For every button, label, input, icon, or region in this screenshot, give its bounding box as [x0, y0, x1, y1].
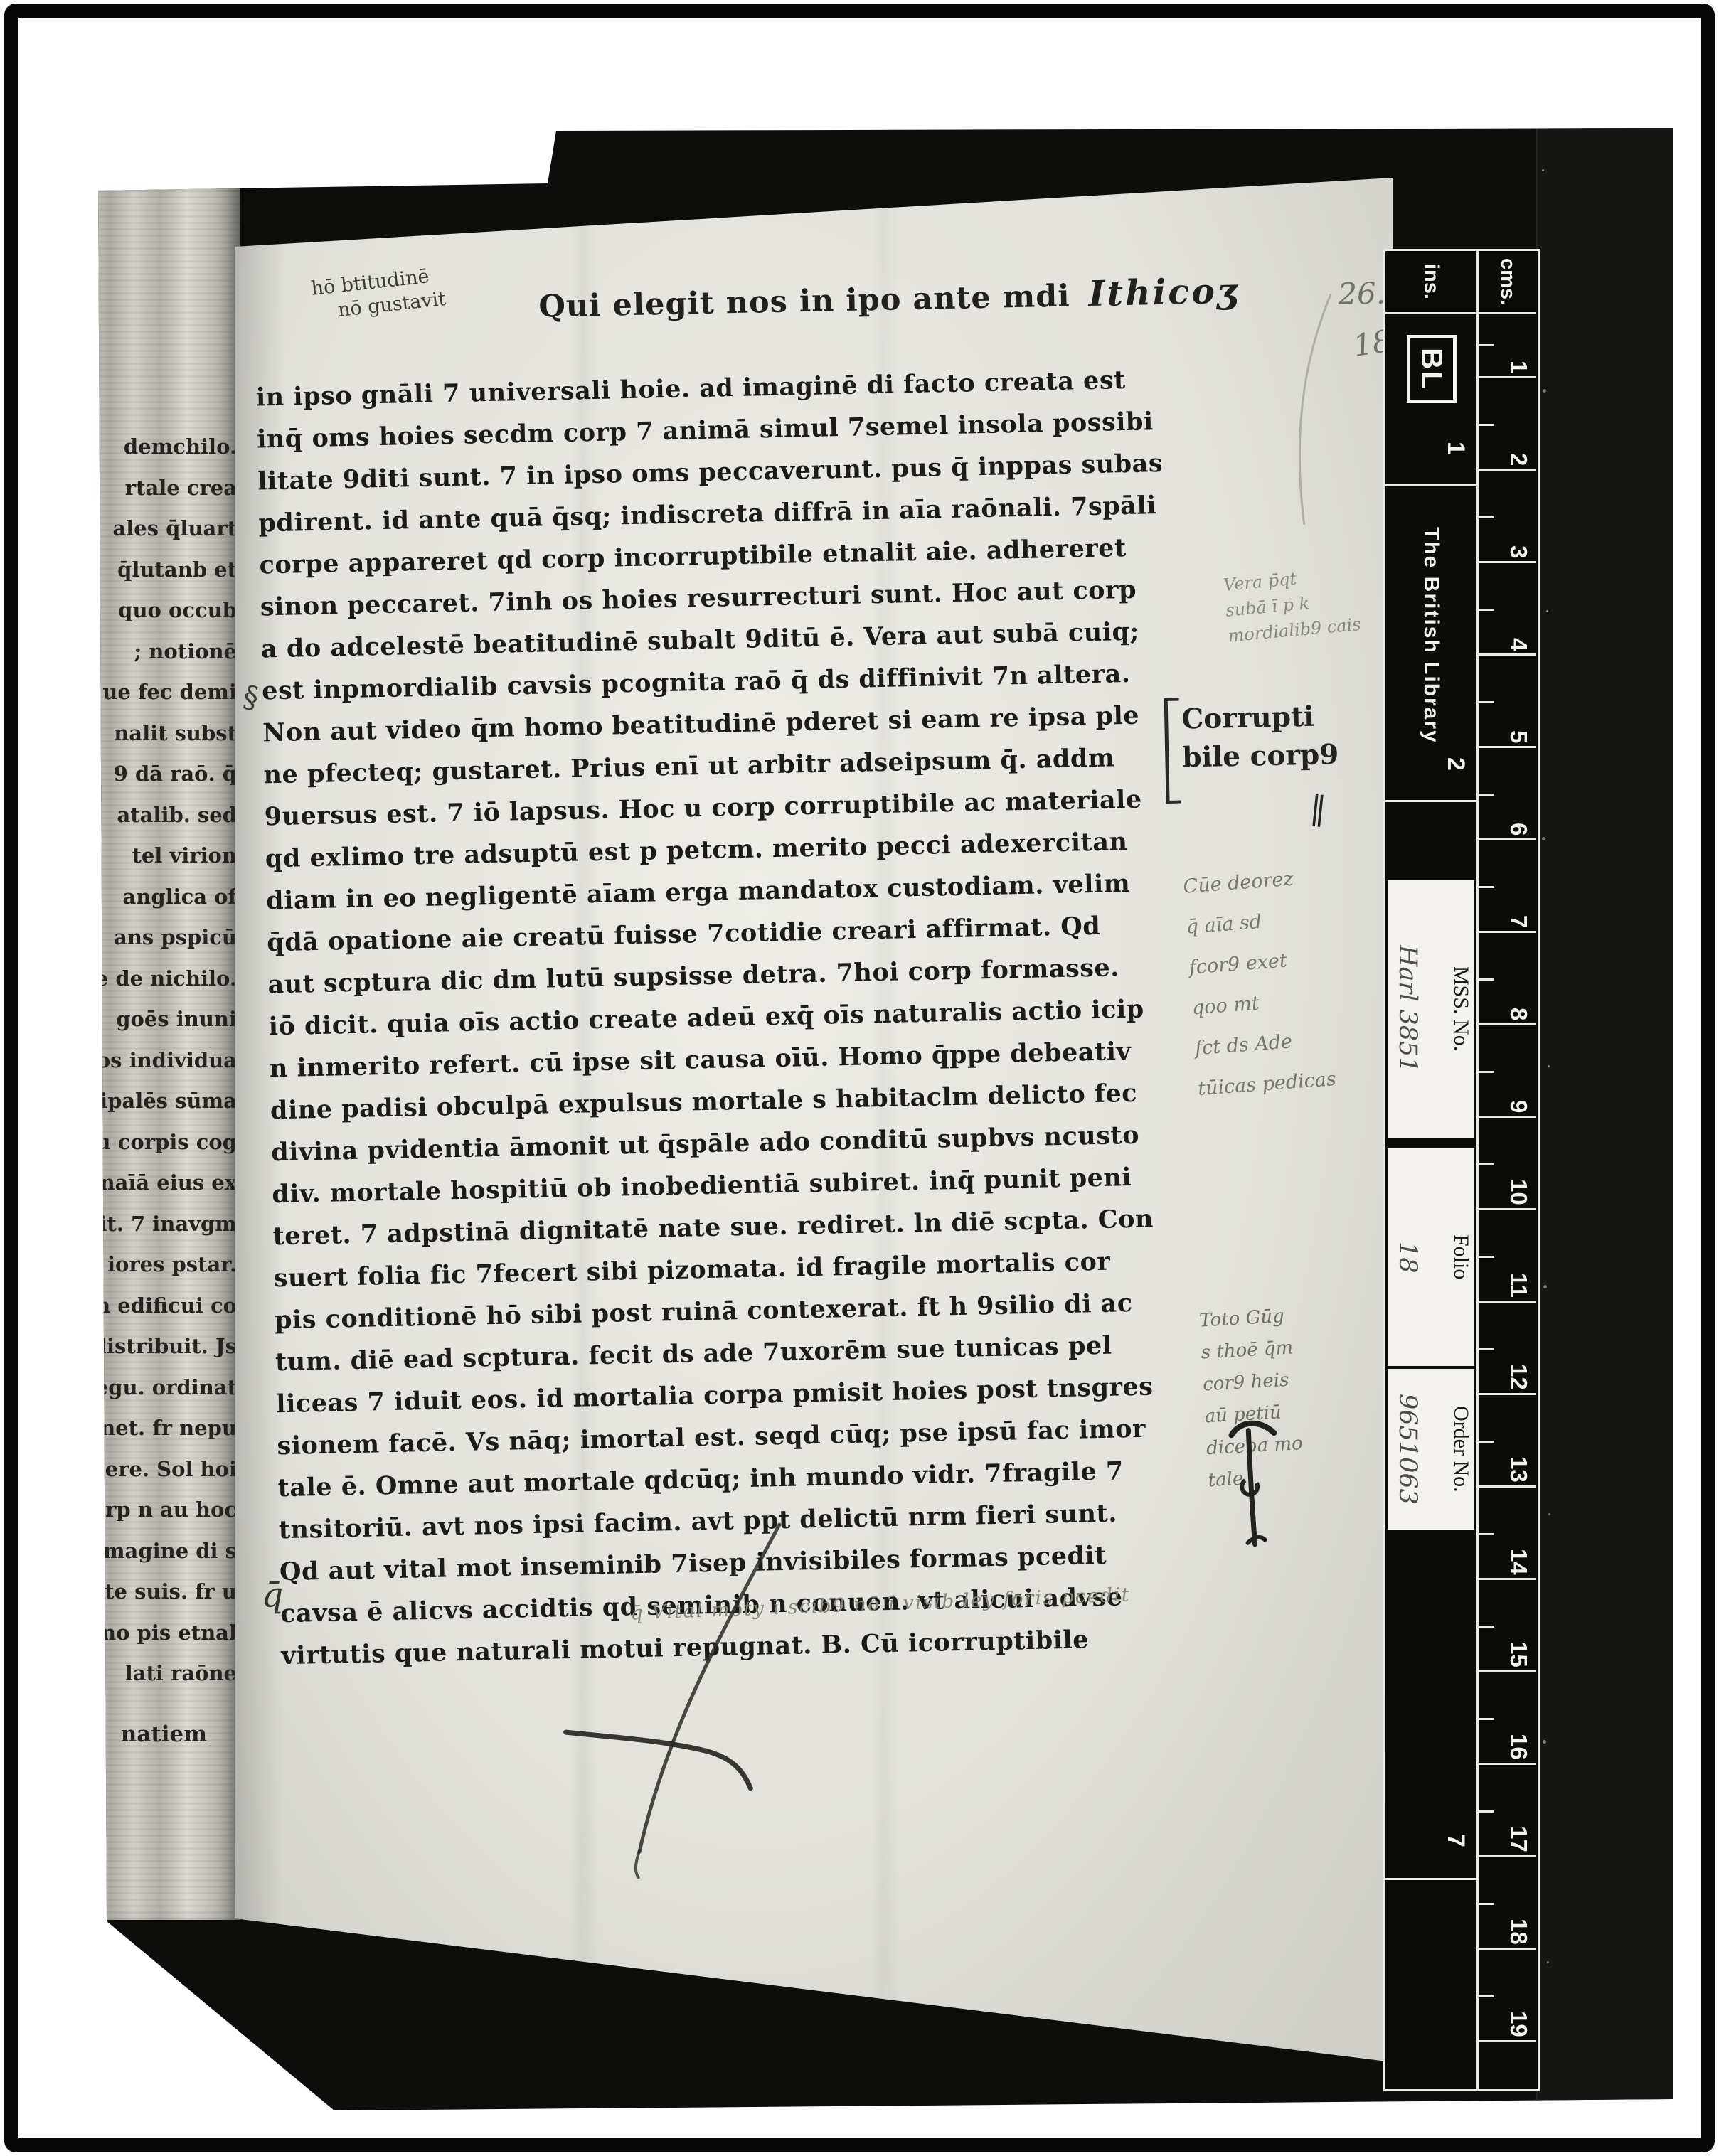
gutter-text-fragment: demchilo.: [73, 427, 237, 468]
centimetre-cell: 8: [1479, 933, 1536, 1025]
gutter-text-fragment: iu corpis cog: [73, 1122, 237, 1163]
gutter-text-fragment: iores pstar.: [73, 1244, 237, 1286]
centimetre-cell: 3: [1479, 471, 1536, 563]
gutter-text-fragment: nalit subst: [73, 713, 237, 754]
centimetre-cell: 13: [1479, 1395, 1536, 1488]
gutter-text-fragment: q̄lutanb et: [73, 550, 237, 591]
gutter-text-fragment: lere. Sol hoi: [73, 1449, 237, 1490]
manuscript-photograph: demchilo.rtale creaales q̄luartq̄lutanb …: [71, 127, 1673, 2112]
catalogue-field-value: Harl 3851: [1393, 880, 1422, 1138]
bl-ruler-card: ins. cms. BL The British Library 127 1: [1383, 249, 1540, 2091]
gutter-text-fragment: ; notionē: [73, 631, 237, 673]
centimetre-cell: 12: [1479, 1303, 1536, 1395]
centimetre-cell: 19: [1479, 1950, 1536, 2042]
centimetre-cell: 18: [1479, 1857, 1536, 1950]
gutter-text-fragment: e de nichilo.: [73, 959, 237, 1000]
catalogue-field-box: Folio 18: [1388, 1148, 1474, 1366]
centimetre-number: 3: [1505, 545, 1532, 558]
centimetre-number: 8: [1505, 1008, 1532, 1020]
gutter-text-fragment: n edificui co: [73, 1286, 237, 1327]
margin-q-mark: q̄: [261, 1575, 284, 1616]
centimetre-number: 16: [1505, 1734, 1532, 1760]
pen-trial-flourish: [558, 1520, 799, 1881]
margin-note-line: Toto Gūg: [1198, 1300, 1297, 1337]
centimetre-cell: 2: [1479, 378, 1536, 471]
centimetre-cell: 5: [1479, 656, 1536, 748]
centimetre-cell: 17: [1479, 1765, 1536, 1857]
running-title-text: Qui elegit nos in ipo ante mdi: [538, 279, 1070, 325]
gutter-text-fragment: lati raōne: [73, 1653, 237, 1695]
gutter-text-fragment: natiem: [73, 1714, 237, 1756]
pencil-foliation-top: 26.: [1338, 276, 1386, 311]
gutter-text-fragment: atalib. sed: [73, 795, 237, 836]
margin-note-line: cor9 heis: [1202, 1364, 1300, 1401]
centimetre-number: 2: [1505, 453, 1532, 466]
gutter-text-fragment: no pis etnal: [73, 1613, 237, 1654]
centimetre-cell: 15: [1479, 1580, 1536, 1672]
catalogue-fields: MSS. No. Harl 3851 Folio 18 Order No. 96…: [1388, 251, 1474, 2089]
margin-note-vera: Vera p̄qtsubā ī p kmordialib9 cais: [1223, 560, 1362, 649]
gutter-text-fragment: cipalēs sūma: [73, 1081, 237, 1122]
margin-note-cane: Cūe deorezq̄ aīa sdfcor9 exetqoo mtfct d…: [1182, 857, 1338, 1109]
centimetre-number: 11: [1505, 1273, 1532, 1298]
gutter-text-fragment: tel virion: [73, 836, 237, 877]
gutter-text-fragment: d imagine di s: [73, 1531, 237, 1572]
gutter-text-fragment: quo occub: [73, 590, 237, 631]
centimetre-number: 5: [1505, 730, 1532, 743]
gutter-text-fragment: ios individua: [73, 1040, 237, 1082]
facing-page-gutter: demchilo.rtale creaales q̄luartq̄lutanb …: [73, 187, 240, 1920]
catalogue-field-label: Folio: [1449, 1148, 1473, 1366]
margin-bracket: [1164, 698, 1181, 804]
centimetre-number: 4: [1505, 638, 1532, 651]
catalogue-field-value: 18: [1393, 1148, 1422, 1366]
gutter-text-fragment: naīā eius ex: [73, 1163, 237, 1204]
centimetre-number: 12: [1505, 1364, 1532, 1390]
gutter-text-fragment: rtale crea: [73, 468, 237, 509]
centimetre-number: 13: [1505, 1456, 1532, 1483]
centimetre-number: 1: [1505, 361, 1532, 373]
cms-label-text: cms.: [1496, 258, 1519, 305]
margin-note-line: bile corp9: [1182, 735, 1339, 777]
gutter-text-fragment: anet. fr nepu: [73, 1408, 237, 1449]
catalogue-field-box: MSS. No. Harl 3851: [1388, 880, 1474, 1138]
gutter-text-fragment: 9 dā raō. q̄: [73, 754, 237, 795]
gutter-text-fragment: ales q̄luart: [73, 508, 237, 550]
header-marginal-note: hō btitudinēnō gustavit: [310, 260, 477, 326]
margin-squiggle-mark: §: [240, 678, 262, 715]
running-title-flourish: Ithicoʒ: [1070, 270, 1239, 315]
centimetre-cell: 14: [1479, 1488, 1536, 1580]
centimetre-number: 17: [1505, 1826, 1532, 1852]
nota-monogram: [1230, 1414, 1282, 1550]
centimetre-number: 19: [1505, 2011, 1532, 2037]
centimetre-number: 10: [1505, 1179, 1532, 1205]
catalogue-field-label: MSS. No.: [1449, 880, 1473, 1138]
gutter-text-fragment: goēs inuni: [73, 999, 237, 1040]
gutter-text-fragment: ans pspicū: [73, 917, 237, 959]
catalogue-field-box: Order No. 9651063: [1388, 1369, 1474, 1530]
centimetre-cell: 6: [1479, 748, 1536, 840]
margin-note-corrupti: Corruptibile corp9: [1181, 697, 1339, 777]
catalogue-field-label: Order No.: [1449, 1369, 1473, 1530]
photographed-manuscript-sheet: demchilo.rtale creaales q̄luartq̄lutanb …: [0, 0, 1719, 2156]
gutter-text-fragment: anglica of: [73, 877, 237, 918]
centimetre-cell: 11: [1479, 1210, 1536, 1303]
cloth-speckles: [1542, 169, 1544, 171]
centimetre-cell: 10: [1479, 1118, 1536, 1210]
cms-column-label: cms.: [1479, 251, 1536, 314]
margin-note-line: Corrupti: [1181, 697, 1339, 738]
margin-note-line: s thoē q̄m: [1201, 1332, 1299, 1369]
manuscript-page: hō btitudinēnō gustavit Qui elegit nos i…: [235, 178, 1393, 2066]
centimetre-number: 18: [1505, 1918, 1532, 1945]
margin-parallel-mark: ∥: [1308, 789, 1328, 828]
gutter-text-fragment: regu. ordinat: [73, 1367, 237, 1409]
backing-cloth: [1536, 127, 1674, 2112]
catalogue-field-value: 9651063: [1393, 1369, 1422, 1530]
centimetre-number: 14: [1505, 1549, 1532, 1575]
gutter-text-fragment: ue fec demi: [73, 672, 237, 713]
centimetre-number: 15: [1505, 1641, 1532, 1667]
gutter-text-fragment: eate suis. fr u: [73, 1571, 237, 1613]
gutter-text-fragment: corp n au hoc: [73, 1490, 237, 1531]
centimetre-scale: 1 2 3 4 5 6 7 8: [1479, 312, 1536, 2042]
centimetre-number: 7: [1505, 915, 1532, 928]
centimetre-number: 9: [1505, 1100, 1532, 1113]
page-content: hō btitudinēnō gustavit Qui elegit nos i…: [232, 174, 1427, 2085]
running-title: Qui elegit nos in ipo ante mdiIthicoʒ: [538, 270, 1239, 326]
gutter-text-fragment: it. 7 inavgm: [73, 1204, 237, 1245]
centimetre-cell: 1: [1479, 312, 1536, 378]
facing-page-text-fragments: demchilo.rtale creaales q̄luartq̄lutanb …: [73, 427, 237, 1755]
centimetre-cell: 16: [1479, 1672, 1536, 1765]
centimetre-number: 6: [1505, 823, 1532, 836]
gutter-text-fragment: distribuit. Js: [73, 1326, 237, 1367]
centimetre-cell: 9: [1479, 1025, 1536, 1118]
manuscript-text-block: in ipso gnāli 7 universali hoie. ad imag…: [255, 356, 1326, 1677]
centimetre-cell: 4: [1479, 563, 1536, 656]
centimetre-cell: 7: [1479, 840, 1536, 933]
